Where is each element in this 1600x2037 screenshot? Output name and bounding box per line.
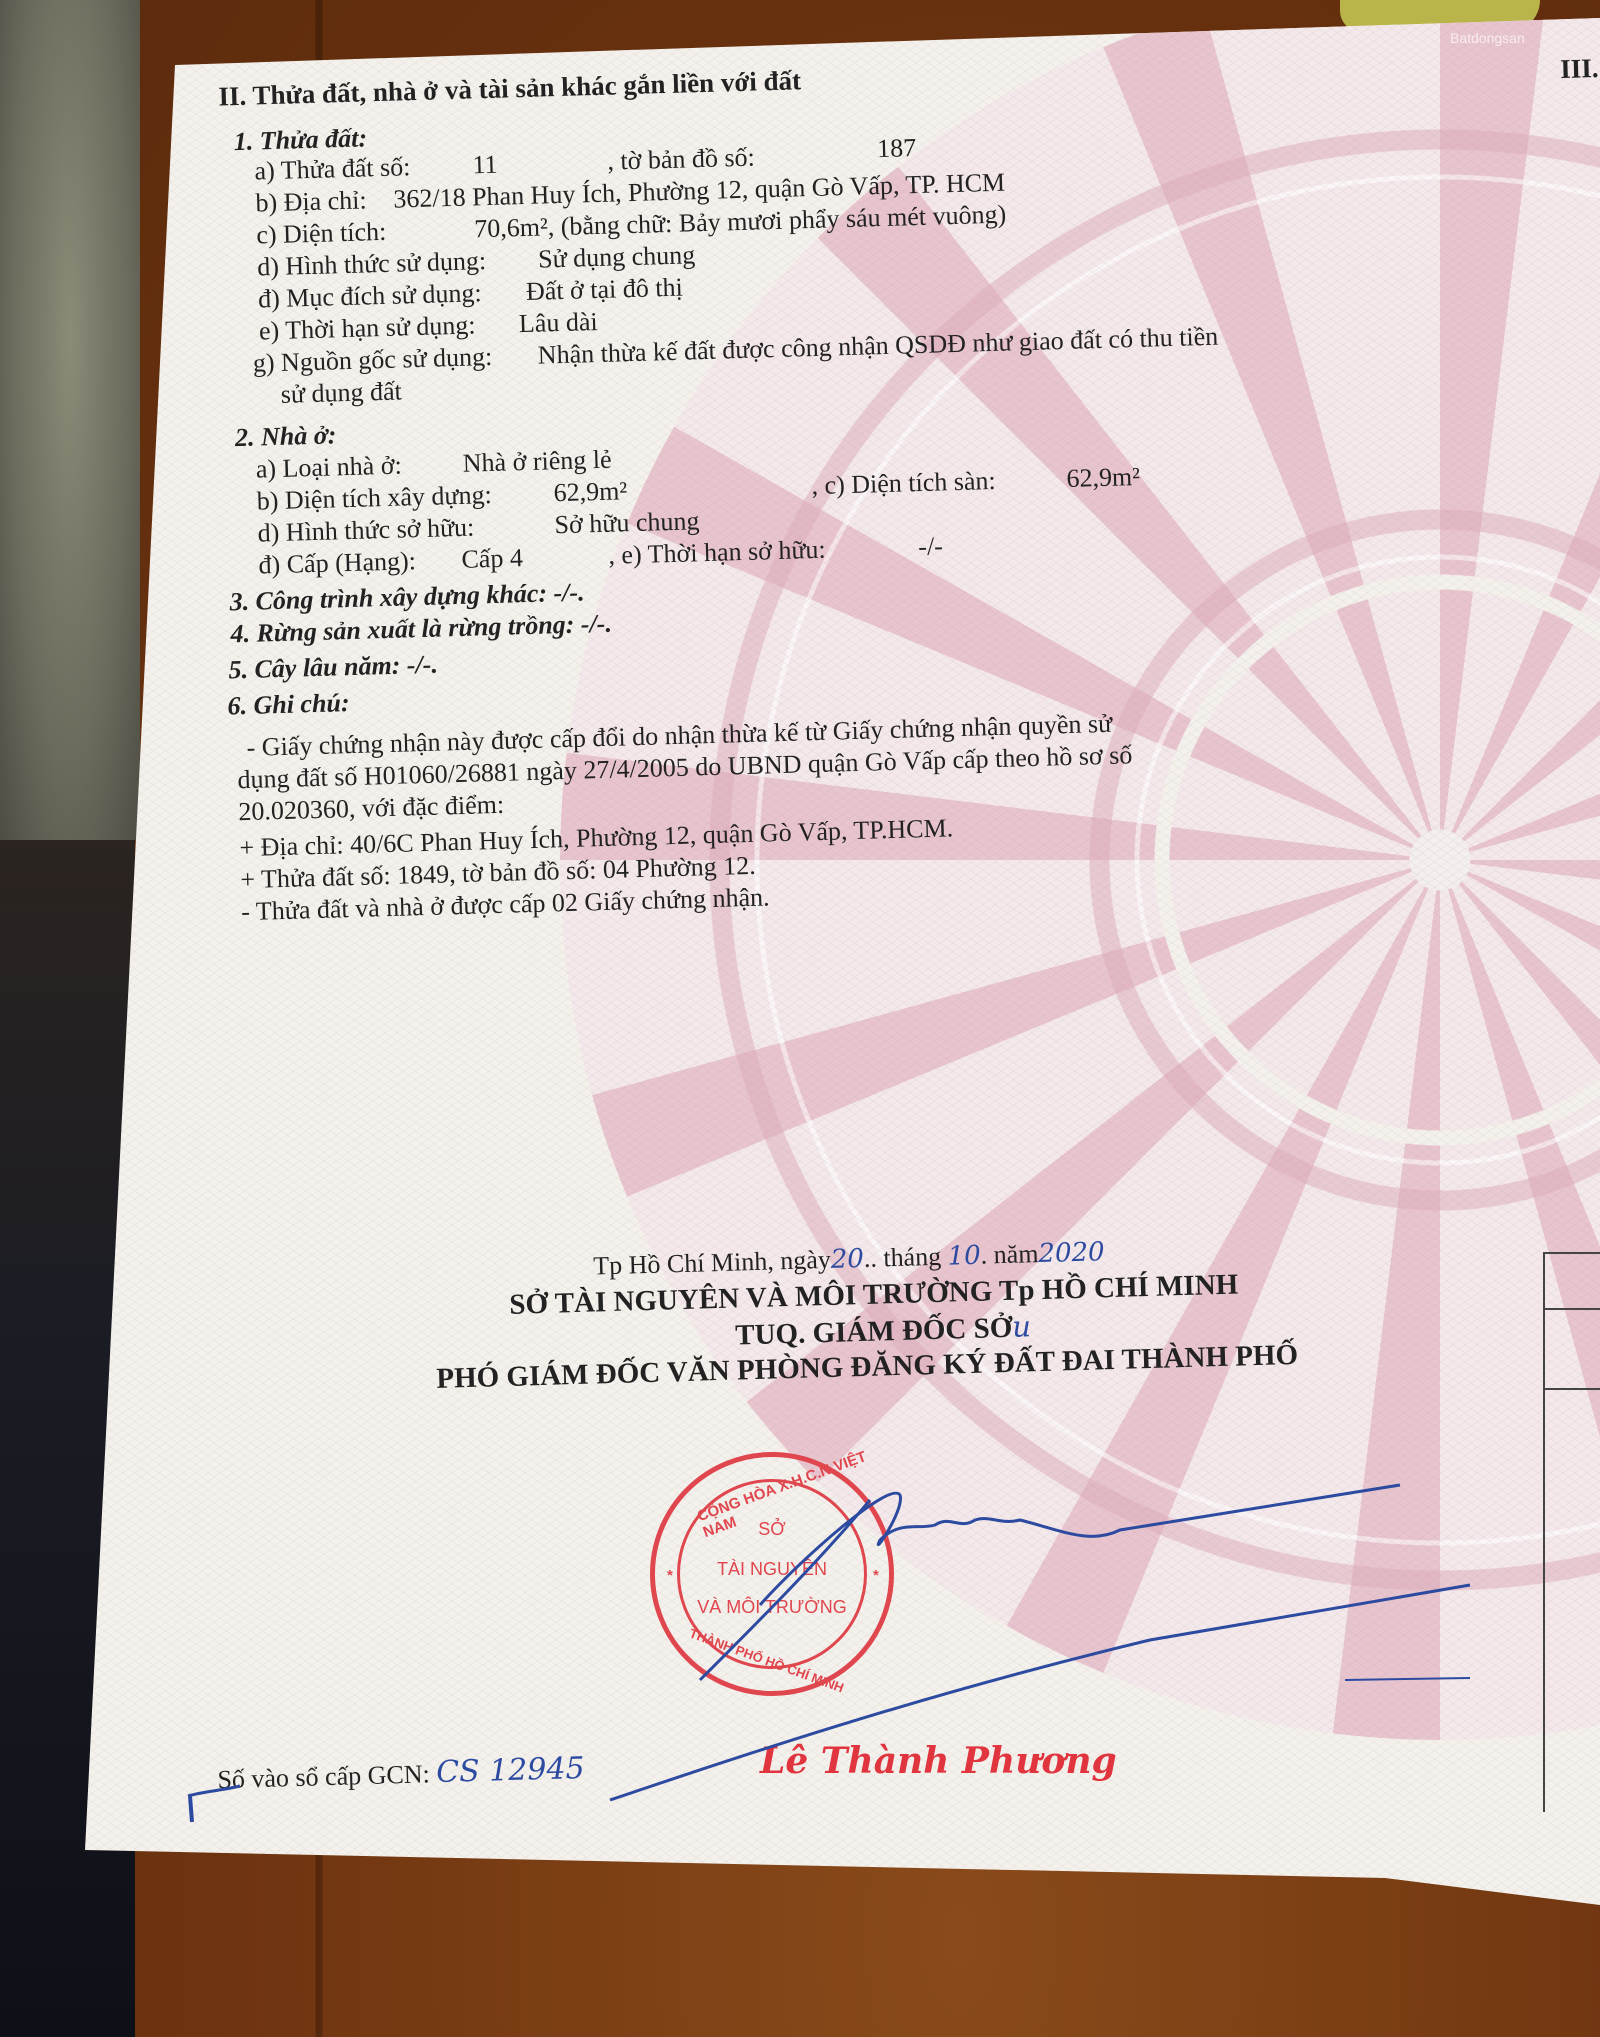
place-date-prefix: Tp Hồ Chí Minh, ngày [593, 1245, 831, 1281]
origin-value-line2: sử dụng đất [280, 376, 402, 409]
signer-title: PHÓ GIÁM ĐỐC VĂN PHÒNG ĐĂNG KÝ ĐẤT ĐAI T… [436, 1340, 1298, 1394]
perennial-trees: 5. Cây lâu năm: -/-. [228, 650, 438, 686]
authority-line: TUQ. GIÁM ĐỐC SỞu [735, 1311, 1032, 1350]
official-red-stamp: CỘNG HÒA X.H.C.N VIỆT NAM THÀNH PHỐ HỒ C… [650, 1452, 894, 1696]
house-heading: 2. Nhà ở: [235, 420, 337, 453]
term-value: Lâu dài [519, 307, 598, 339]
ownership-label: d) Hình thức sở hữu: [257, 513, 474, 549]
floor-area-value: 62,9m² [1066, 462, 1140, 494]
use-form-value: Sử dụng chung [538, 240, 696, 274]
address-label: b) Địa chỉ: [255, 185, 367, 218]
origin-value-line1: Nhận thừa kế đất được công nhận QSDĐ như… [537, 322, 1218, 371]
use-form-label: d) Hình thức sử dụng: [257, 246, 487, 282]
built-area-label: b) Diện tích xây dựng: [256, 480, 492, 517]
own-term-value: -/- [918, 531, 943, 562]
date-month: 10 [947, 1241, 981, 1272]
ownership-value: Sở hữu chung [554, 506, 700, 540]
registry-label: Số vào sổ cấp GCN: [217, 1759, 430, 1794]
next-section-label: III. [1560, 53, 1599, 84]
purpose-value: Đất ở tại đô thị [526, 273, 684, 307]
certificate-content: II. Thửa đất, nhà ở và tài sản khác gắn … [0, 0, 1600, 2037]
stamp-center-line3: VÀ MÔI TRƯỜNG [655, 1597, 889, 1618]
map-sheet-label: , tờ bản đồ số: [607, 143, 755, 177]
year-label: năm [993, 1239, 1039, 1269]
map-sheet-value: 187 [877, 133, 917, 164]
built-area-value: 62,9m² [553, 476, 627, 508]
date-day: 20 [830, 1244, 864, 1275]
stamp-star-left: * [667, 1567, 673, 1584]
plot-number-value: 11 [472, 150, 498, 181]
notes-line: 20.020360, với đặc điểm: [238, 790, 504, 827]
month-label: tháng [883, 1242, 942, 1273]
initial-mark: u [1012, 1309, 1032, 1344]
house-type-value: Nhà ở riêng lẻ [462, 445, 612, 479]
own-term-label: , e) Thời hạn sở hữu: [608, 535, 826, 571]
area-label: c) Diện tích: [256, 217, 387, 251]
stamp-center-line2: TÀI NGUYÊN [655, 1559, 889, 1580]
plot-number-label: a) Thửa đất số: [254, 152, 411, 186]
registry-value: CS 12945 [436, 1751, 585, 1790]
stamp-center-line1: SỞ [655, 1519, 889, 1540]
term-label: e) Thời hạn sử dụng: [259, 310, 476, 346]
purpose-label: đ) Mục đích sử dụng: [258, 278, 482, 314]
notes-heading: 6. Ghi chú: [227, 688, 350, 721]
origin-label: g) Nguồn gốc sử dụng: [253, 342, 493, 379]
date-year: 2020 [1038, 1237, 1105, 1269]
registry-number: Số vào sổ cấp GCN: CS 12945 [217, 1754, 585, 1795]
section-header: II. Thửa đất, nhà ở và tài sản khác gắn … [218, 65, 801, 111]
land-heading: 1. Thửa đất: [233, 123, 367, 157]
authority-text: TUQ. GIÁM ĐỐC SỞ [735, 1312, 1013, 1352]
house-type-label: a) Loại nhà ở: [255, 451, 402, 485]
grade-value: Cấp 4 [461, 543, 523, 575]
signer-name: Lê Thành Phương [760, 1740, 1117, 1782]
stamp-star-right: * [873, 1567, 879, 1584]
floor-area-label: , c) Diện tích sàn: [811, 466, 996, 501]
frame-divider [1545, 1308, 1600, 1310]
grade-label: đ) Cấp (Hạng): [258, 546, 416, 580]
section-iii-frame [1543, 1252, 1600, 1812]
frame-divider [1545, 1388, 1600, 1390]
